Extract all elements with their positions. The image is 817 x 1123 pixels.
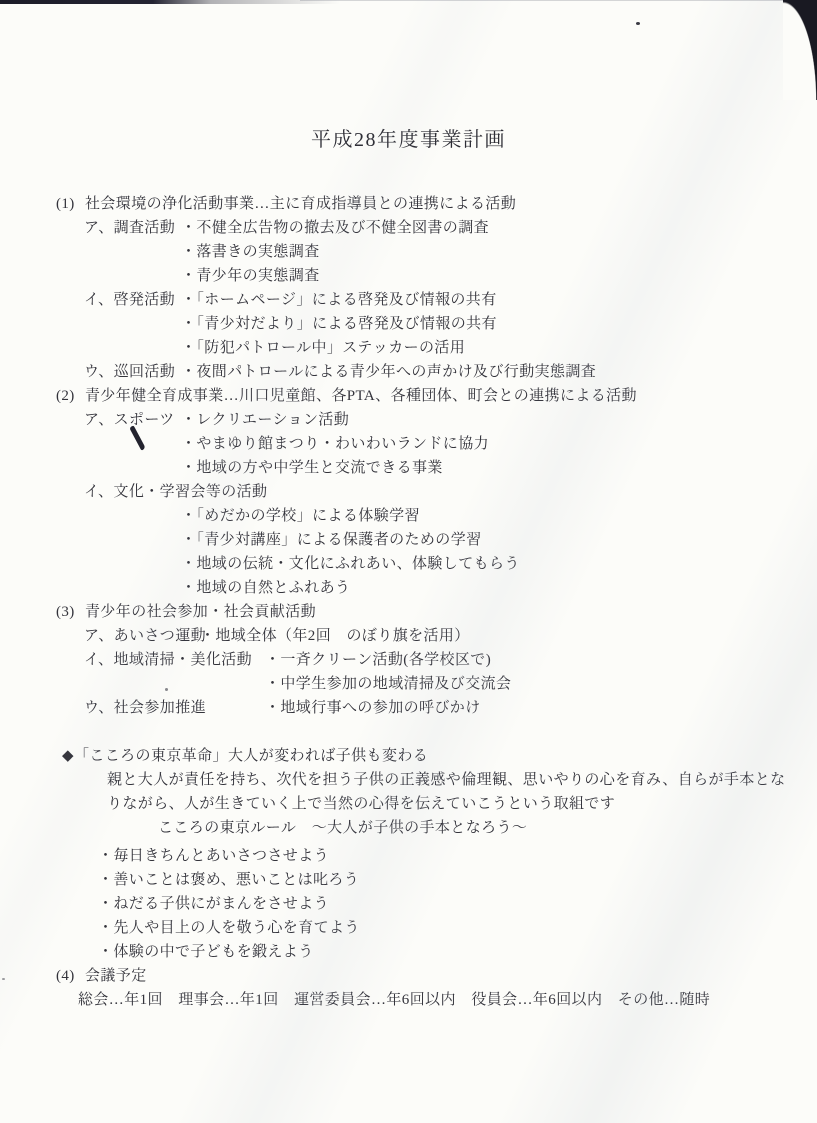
section-2-number: (2)	[56, 384, 85, 408]
diamond-marker: ◆	[62, 748, 74, 764]
kokoro-rule-line: ・ねだる子供にがまんをさせよう	[0, 892, 817, 916]
section-1-item-u: ウ、巡回活動・夜間パトロールによる青少年への声かけ及び行動実態調査	[0, 360, 817, 384]
kokoro-rule-line: ・善いことは褒め、悪いことは叱ろう	[0, 868, 817, 892]
kokoro-rule-line: ・体験の中で子どもを鍛えよう	[0, 940, 817, 964]
section-2-heading: (2)青少年健全育成事業…川口児童館、各PTA、各種団体、町会との連携による活動	[0, 384, 817, 408]
section-3-item-i: イ、地域清掃・美化活動・一斉クリーン活動(各学校区で)	[0, 648, 817, 672]
bullet-line: ・中学生参加の地域清掃及び交流会	[0, 672, 817, 696]
item-label: ア、調査活動	[84, 216, 181, 240]
scan-corner-artifact	[783, 0, 817, 100]
bullet-line: ・落書きの実態調査	[0, 240, 817, 264]
bullet-text: ・地域行事への参加の呼びかけ	[265, 700, 481, 716]
section-3-item-a: ア、あいさつ運動・地域全体（年2回 のぼり旗を活用）	[0, 624, 817, 648]
dust-speck-artifact	[2, 978, 5, 980]
kokoro-heading-text: 「こころの東京革命」大人が変われば子供も変わる	[74, 748, 428, 764]
section-2-item-a: ア、スポーツ・レクリエーション活動	[0, 408, 817, 432]
bullet-line: ・地域の伝統・文化にふれあい、体験してもらう	[0, 552, 817, 576]
kokoro-heading: ◆「こころの東京革命」大人が変われば子供も変わる	[0, 744, 817, 768]
kokoro-rule-line: ・毎日きちんとあいさつさせよう	[0, 844, 817, 868]
scan-edge-top-artifact	[0, 0, 340, 4]
bullet-line: ・地域の方や中学生と交流できる事業	[0, 456, 817, 480]
item-label: ア、あいさつ運動	[84, 624, 200, 648]
section-2-title: 青少年健全育成事業…川口児童館、各PTA、各種団体、町会との連携による活動	[85, 388, 637, 404]
meeting-schedule-line: 総会…年1回 理事会…年1回 運営委員会…年6回以内 役員会…年6回以内 その他…	[0, 988, 817, 1012]
section-3-title: 青少年の社会参加・社会貢献活動	[85, 604, 316, 620]
bullet-text: ・レクリエーション活動	[181, 412, 349, 428]
bullet-line: ・「青少対講座」による保護者のための学習	[0, 528, 817, 552]
section-4-heading: (4)会議予定	[0, 964, 817, 988]
document-body: (1)社会環境の浄化活動事業…主に育成指導員との連携による活動 ア、調査活動・不…	[0, 192, 817, 1012]
kokoro-rule-line: ・先人や目上の人を敬う心を育てよう	[0, 916, 817, 940]
section-4-number: (4)	[56, 964, 85, 988]
item-label: イ、啓発活動	[84, 288, 181, 312]
bullet-text: ・夜間パトロールによる青少年への声かけ及び行動実態調査	[181, 364, 596, 380]
section-1-heading: (1)社会環境の浄化活動事業…主に育成指導員との連携による活動	[0, 192, 817, 216]
section-3-heading: (3)青少年の社会参加・社会貢献活動	[0, 600, 817, 624]
bullet-line: ・「防犯パトロール中」ステッカーの活用	[0, 336, 817, 360]
section-1-number: (1)	[56, 192, 85, 216]
scan-edge-hairline-artifact	[300, 0, 817, 1]
item-label: ウ、巡回活動	[84, 360, 181, 384]
section-3-item-u: ウ、社会参加推進・地域行事への参加の呼びかけ	[0, 696, 817, 720]
kokoro-rule-title: こころの東京ルール ～大人が子供の手本となろう～	[0, 816, 817, 840]
section-1-title: 社会環境の浄化活動事業…主に育成指導員との連携による活動	[85, 196, 516, 212]
page-title: 平成28年度事業計画	[0, 126, 817, 154]
bullet-line: ・青少年の実態調査	[0, 264, 817, 288]
item-label: ウ、社会参加推進	[84, 696, 265, 720]
item-label: イ、地域清掃・美化活動	[84, 648, 265, 672]
bullet-text: ・地域全体（年2回 のぼり旗を活用）	[200, 628, 470, 644]
section-1-item-i: イ、啓発活動・「ホームページ」による啓発及び情報の共有	[0, 288, 817, 312]
bullet-text: ・「ホームページ」による啓発及び情報の共有	[181, 292, 497, 308]
scanned-document-page: 平成28年度事業計画 (1)社会環境の浄化活動事業…主に育成指導員との連携による…	[0, 0, 817, 1123]
bullet-line: ・「青少対だより」による啓発及び情報の共有	[0, 312, 817, 336]
bullet-text: ・不健全広告物の撤去及び不健全図書の調査	[181, 220, 489, 236]
section-2-item-i-label: イ、文化・学習会等の活動	[0, 480, 817, 504]
section-3-number: (3)	[56, 600, 85, 624]
section-1-item-a: ア、調査活動・不健全広告物の撤去及び不健全図書の調査	[0, 216, 817, 240]
kokoro-body-line: 親と大人が責任を持ち、次代を担う子供の正義感や倫理観、思いやりの心を育み、自らが…	[0, 768, 817, 792]
bullet-line: ・やまゆり館まつり・わいわいランドに協力	[0, 432, 817, 456]
kokoro-body-line: りながら、人が生きていく上で当然の心得を伝えていこうという取組です	[0, 792, 817, 816]
bullet-text: ・一斉クリーン活動(各学校区で)	[265, 652, 491, 668]
dust-speck-artifact	[165, 688, 168, 691]
section-4-title: 会議予定	[85, 968, 147, 984]
bullet-line: ・地域の自然とふれあう	[0, 576, 817, 600]
bullet-line: ・「めだかの学校」による体験学習	[0, 504, 817, 528]
dust-speck-artifact	[636, 22, 640, 25]
